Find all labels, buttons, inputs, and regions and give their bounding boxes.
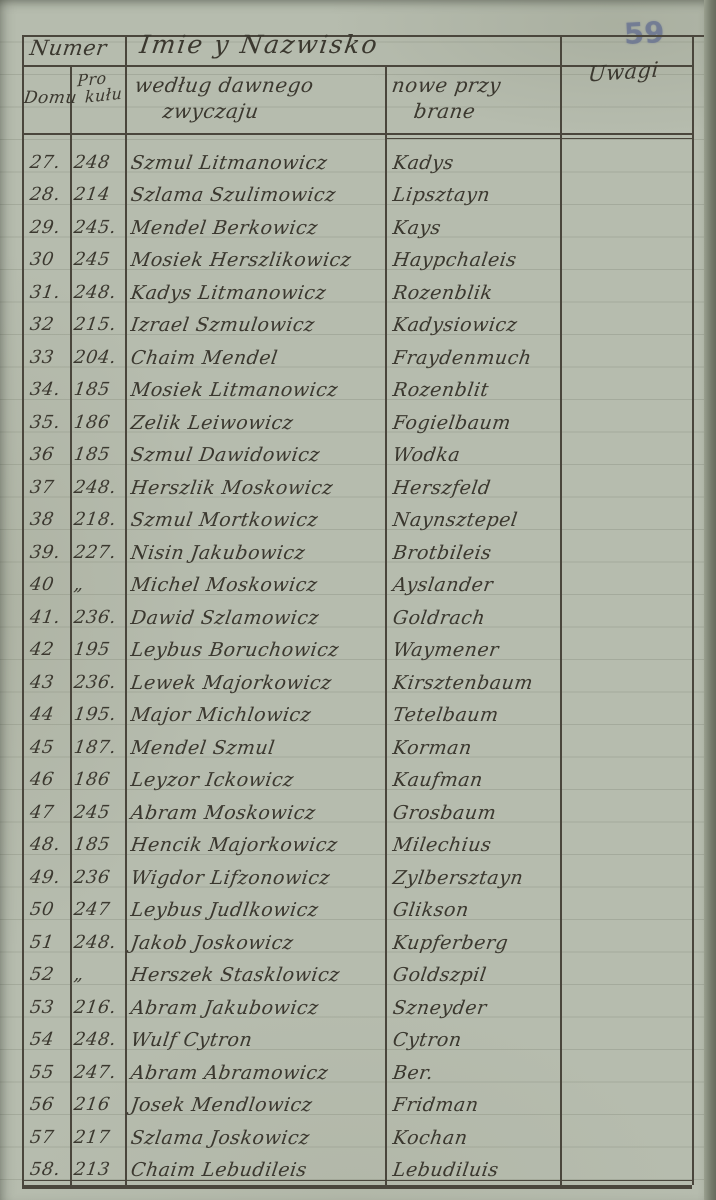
protocol-number: 236 [70, 867, 125, 890]
remark [560, 379, 692, 402]
table-row: 43 236. Lewek Majorkowicz Kirsztenbaum [22, 662, 692, 695]
table-row: 50 247 Leybus Judlkowicz Glikson [22, 890, 692, 923]
table-row: 58. 213 Chaim Lebudileis Lebudiluis [22, 1150, 692, 1183]
table-border-bottom-bold [22, 1185, 692, 1189]
old-name: Wigdor Lifzonowicz [125, 867, 385, 890]
protocol-number: „ [70, 964, 125, 987]
remark [560, 314, 692, 337]
new-adopted-name: Rozenblik [385, 282, 560, 305]
old-name: Leybus Boruchowicz [125, 639, 385, 662]
row-number: 31. [22, 282, 70, 305]
protocol-number: 248. [70, 1029, 125, 1052]
remark [560, 834, 692, 857]
header-numer: Numer [30, 36, 107, 60]
protocol-number: 248 [70, 152, 125, 175]
row-number: 56 [22, 1094, 70, 1117]
table-row: 41. 236. Dawid Szlamowicz Goldrach [22, 597, 692, 630]
protocol-number: 195 [70, 639, 125, 662]
old-name: Herszek Stasklowicz [125, 964, 385, 987]
row-number: 34. [22, 379, 70, 402]
protocol-number: 186 [70, 769, 125, 792]
table-row: 44 195. Major Michlowicz Tetelbaum [22, 695, 692, 728]
new-adopted-name: Korman [385, 737, 560, 760]
new-adopted-name: Goldszpil [385, 964, 560, 987]
remark [560, 444, 692, 467]
new-adopted-name: Lebudiluis [385, 1159, 560, 1182]
table-row: 46 186 Leyzor Ickowicz Kaufman [22, 760, 692, 793]
new-adopted-name: Cytron [385, 1029, 560, 1052]
protocol-number: 185 [70, 379, 125, 402]
row-number: 36 [22, 444, 70, 467]
table-row: 45 187. Mendel Szmul Korman [22, 727, 692, 760]
old-name: Izrael Szmulowicz [125, 314, 385, 337]
old-name: Michel Moskowicz [125, 574, 385, 597]
remark [560, 1029, 692, 1052]
protocol-number: 216. [70, 997, 125, 1020]
table-row: 28. 214 Szlama Szulimowicz Lipsztayn [22, 175, 692, 208]
row-number: 52 [22, 964, 70, 987]
table-row: 31. 248. Kadys Litmanowicz Rozenblik [22, 272, 692, 305]
row-number: 29. [22, 217, 70, 240]
old-name: Leybus Judlkowicz [125, 899, 385, 922]
protocol-number: 247 [70, 899, 125, 922]
remark [560, 412, 692, 435]
old-name: Abram Jakubowicz [125, 997, 385, 1020]
row-number: 35. [22, 412, 70, 435]
table-row: 33 204. Chaim Mendel Fraydenmuch [22, 337, 692, 370]
old-name: Zelik Leiwowicz [125, 412, 385, 435]
row-number: 37 [22, 477, 70, 500]
old-name: Abram Moskowicz [125, 802, 385, 825]
protocol-number: 215. [70, 314, 125, 337]
table-row: 51 248. Jakob Joskowicz Kupferberg [22, 922, 692, 955]
remark [560, 574, 692, 597]
remark [560, 249, 692, 272]
table-subheader-divider-2 [386, 138, 692, 139]
new-adopted-name: Goldrach [385, 607, 560, 630]
protocol-number: 204. [70, 347, 125, 370]
remark [560, 1094, 692, 1117]
old-name: Leyzor Ickowicz [125, 769, 385, 792]
table-row: 52 „ Herszek Stasklowicz Goldszpil [22, 955, 692, 988]
remark [560, 509, 692, 532]
row-number: 47 [22, 802, 70, 825]
new-adopted-name: Grosbaum [385, 802, 560, 825]
table-row: 53 216. Abram Jakubowicz Szneyder [22, 987, 692, 1020]
old-name: Kadys Litmanowicz [125, 282, 385, 305]
remark [560, 184, 692, 207]
table-border-right [692, 35, 694, 1185]
row-number: 40 [22, 574, 70, 597]
table-row: 35. 186 Zelik Leiwowicz Fogielbaum [22, 402, 692, 435]
row-number: 57 [22, 1127, 70, 1150]
new-adopted-name: Herszfeld [385, 477, 560, 500]
old-name: Wulf Cytron [125, 1029, 385, 1052]
row-number: 51 [22, 932, 70, 955]
protocol-number: 247. [70, 1062, 125, 1085]
remark [560, 932, 692, 955]
header-old-name: według dawnego zwyczaju [135, 72, 314, 124]
protocol-number: 216 [70, 1094, 125, 1117]
protocol-number: 218. [70, 509, 125, 532]
old-name: Abram Abramowicz [125, 1062, 385, 1085]
new-adopted-name: Kaufman [385, 769, 560, 792]
row-number: 53 [22, 997, 70, 1020]
protocol-number: 236. [70, 607, 125, 630]
old-name: Josek Mendlowicz [125, 1094, 385, 1117]
protocol-number: 187. [70, 737, 125, 760]
remark [560, 964, 692, 987]
table-row: 36 185 Szmul Dawidowicz Wodka [22, 435, 692, 468]
remark [560, 477, 692, 500]
new-adopted-name: Kupferberg [385, 932, 560, 955]
new-adopted-name: Kadys [385, 152, 560, 175]
old-name: Szmul Litmanowicz [125, 152, 385, 175]
new-adopted-name: Fraydenmuch [385, 347, 560, 370]
new-adopted-name: Brotbileis [385, 542, 560, 565]
table-subheader-divider [22, 133, 692, 135]
protocol-number: 227. [70, 542, 125, 565]
new-adopted-name: Waymener [385, 639, 560, 662]
protocol-number: 185 [70, 444, 125, 467]
old-name: Herszlik Moskowicz [125, 477, 385, 500]
page-number: 59 [623, 15, 665, 51]
new-adopted-name: Kadysiowicz [385, 314, 560, 337]
remark [560, 347, 692, 370]
new-adopted-name: Kochan [385, 1127, 560, 1150]
old-name: Mendel Szmul [125, 737, 385, 760]
protocol-number: 248. [70, 477, 125, 500]
new-adopted-name: Zylbersztayn [385, 867, 560, 890]
table-row: 57 217 Szlama Joskowicz Kochan [22, 1117, 692, 1150]
new-adopted-name: Wodka [385, 444, 560, 467]
table-row: 38 218. Szmul Mortkowicz Naynsztepel [22, 500, 692, 533]
old-name: Mendel Berkowicz [125, 217, 385, 240]
old-name: Chaim Lebudileis [125, 1159, 385, 1182]
remark [560, 1127, 692, 1150]
old-name: Szlama Joskowicz [125, 1127, 385, 1150]
old-name: Szmul Mortkowicz [125, 509, 385, 532]
protocol-number: 236. [70, 672, 125, 695]
new-adopted-name: Haypchaleis [385, 249, 560, 272]
new-adopted-name: Lipsztayn [385, 184, 560, 207]
old-name: Szlama Szulimowicz [125, 184, 385, 207]
old-name: Major Michlowicz [125, 704, 385, 727]
old-name: Chaim Mendel [125, 347, 385, 370]
remark [560, 1159, 692, 1182]
new-adopted-name: Kirsztenbaum [385, 672, 560, 695]
row-number: 41. [22, 607, 70, 630]
protocol-number: „ [70, 574, 125, 597]
protocol-number: 217 [70, 1127, 125, 1150]
row-number: 38 [22, 509, 70, 532]
row-number: 54 [22, 1029, 70, 1052]
table-row: 47 245 Abram Moskowicz Grosbaum [22, 792, 692, 825]
old-name: Nisin Jakubowicz [125, 542, 385, 565]
old-name: Mosiek Herszlikowicz [125, 249, 385, 272]
row-number: 58. [22, 1159, 70, 1182]
table-row: 27. 248 Szmul Litmanowicz Kadys [22, 142, 692, 175]
table-row: 37 248. Herszlik Moskowicz Herszfeld [22, 467, 692, 500]
remark [560, 899, 692, 922]
protocol-number: 195. [70, 704, 125, 727]
new-adopted-name: Kays [385, 217, 560, 240]
row-number: 55 [22, 1062, 70, 1085]
table-row: 39. 227. Nisin Jakubowicz Brotbileis [22, 532, 692, 565]
row-number: 44 [22, 704, 70, 727]
table-row: 55 247. Abram Abramowicz Ber. [22, 1052, 692, 1085]
table-row: 32 215. Izrael Szmulowicz Kadysiowicz [22, 305, 692, 338]
new-adopted-name: Ayslander [385, 574, 560, 597]
table-row: 42 195 Leybus Boruchowicz Waymener [22, 630, 692, 663]
table-row: 29. 245. Mendel Berkowicz Kays [22, 207, 692, 240]
header-domu: Domu [24, 88, 77, 108]
row-number: 43 [22, 672, 70, 695]
remark [560, 737, 692, 760]
row-number: 27. [22, 152, 70, 175]
remark [560, 607, 692, 630]
table-row: 40 „ Michel Moskowicz Ayslander [22, 565, 692, 598]
remark [560, 217, 692, 240]
remark [560, 672, 692, 695]
protocol-number: 245 [70, 802, 125, 825]
new-adopted-name: Fridman [385, 1094, 560, 1117]
document-page: 59 Numer Imie y Nazwisko Domu Pro kułu w… [0, 0, 704, 1200]
table-row: 34. 185 Mosiek Litmanowicz Rozenblit [22, 370, 692, 403]
remark [560, 542, 692, 565]
row-number: 48. [22, 834, 70, 857]
row-number: 30 [22, 249, 70, 272]
old-name: Lewek Majorkowicz [125, 672, 385, 695]
remark [560, 1062, 692, 1085]
row-number: 32 [22, 314, 70, 337]
remark [560, 997, 692, 1020]
header-protokolu: Pro kułu [76, 68, 123, 106]
remark [560, 282, 692, 305]
new-adopted-name: Rozenblit [385, 379, 560, 402]
new-adopted-name: Tetelbaum [385, 704, 560, 727]
protocol-number: 214 [70, 184, 125, 207]
row-number: 46 [22, 769, 70, 792]
old-name: Szmul Dawidowicz [125, 444, 385, 467]
remark [560, 769, 692, 792]
remark [560, 639, 692, 662]
new-adopted-name: Szneyder [385, 997, 560, 1020]
old-name: Hencik Majorkowicz [125, 834, 385, 857]
remark [560, 704, 692, 727]
remark [560, 152, 692, 175]
new-adopted-name: Ber. [385, 1062, 560, 1085]
old-name: Dawid Szlamowicz [125, 607, 385, 630]
table-row: 56 216 Josek Mendlowicz Fridman [22, 1085, 692, 1118]
table-row: 48. 185 Hencik Majorkowicz Milechius [22, 825, 692, 858]
header-uwagi: Uwagi [587, 58, 659, 87]
row-number: 39. [22, 542, 70, 565]
new-adopted-name: Naynsztepel [385, 509, 560, 532]
header-imie-y-nazwisko: Imie y Nazwisko [140, 30, 379, 59]
new-adopted-name: Fogielbaum [385, 412, 560, 435]
page-edge-shadow [704, 0, 716, 1200]
row-number: 45 [22, 737, 70, 760]
table-row: 54 248. Wulf Cytron Cytron [22, 1020, 692, 1053]
old-name: Jakob Joskowicz [125, 932, 385, 955]
row-number: 33 [22, 347, 70, 370]
protocol-number: 186 [70, 412, 125, 435]
remark [560, 867, 692, 890]
protocol-number: 213 [70, 1159, 125, 1182]
row-number: 42 [22, 639, 70, 662]
protocol-number: 248. [70, 282, 125, 305]
table-body: 27. 248 Szmul Litmanowicz Kadys 28. 214 … [22, 142, 692, 1182]
new-adopted-name: Glikson [385, 899, 560, 922]
table-row: 49. 236 Wigdor Lifzonowicz Zylbersztayn [22, 857, 692, 890]
protocol-number: 245. [70, 217, 125, 240]
new-adopted-name: Milechius [385, 834, 560, 857]
row-number: 28. [22, 184, 70, 207]
protocol-number: 245 [70, 249, 125, 272]
row-number: 50 [22, 899, 70, 922]
header-new-name: nowe przy brane [392, 72, 501, 124]
row-number: 49. [22, 867, 70, 890]
protocol-number: 185 [70, 834, 125, 857]
table-row: 30 245 Mosiek Herszlikowicz Haypchaleis [22, 240, 692, 273]
old-name: Mosiek Litmanowicz [125, 379, 385, 402]
protocol-number: 248. [70, 932, 125, 955]
remark [560, 802, 692, 825]
